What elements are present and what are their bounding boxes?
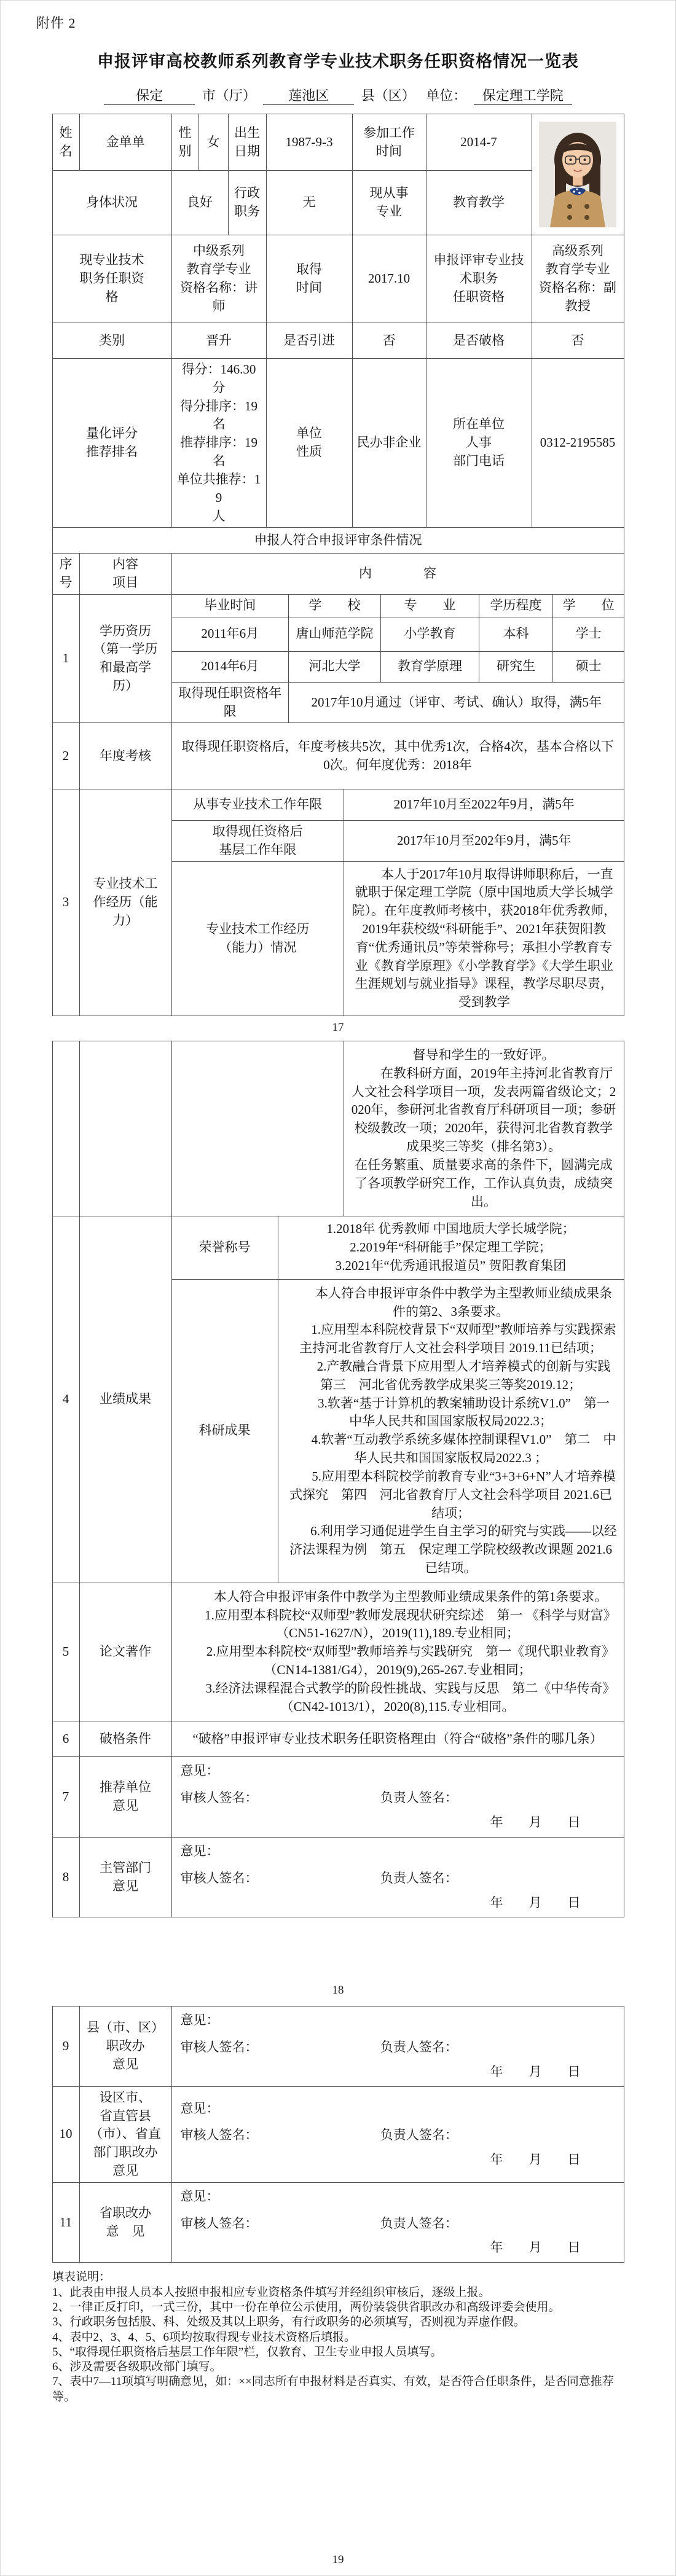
applicant-photo [539,122,616,227]
location-line: 保定 市（厅） 莲池区 县（区） 单位： 保定理工学院 [1,85,675,105]
education-years-row: 取得现任职资格年限 2017年10月通过（评审、考试、确认）取得，满5年 [172,682,624,722]
edu-header-grad-time: 毕业时间 [172,595,289,617]
exception-no: 6 [52,1721,79,1757]
edu-header-degree: 学 位 [553,595,624,617]
row-education: 1 学历资历 （第一学历 和最高学 历） 毕业时间 学 校 专 业 学历程度 学… [52,594,624,722]
col-header-item: 内容 项目 [79,554,171,595]
opinion-7-no: 7 [52,1757,79,1837]
col-header-no: 序 号 [52,554,79,595]
qualification-years-label: 取得现任职资格年限 [172,682,289,722]
experience-table: 从事专业技术工作年限 2017年10月至2022年9月，满5年 取得现任资格后 … [172,789,624,1016]
health-value: 良好 [171,171,228,235]
document-page: 附件 2 申报评审高校教师系列教育学专业技术职务任职资格情况一览表 保定 市（厅… [0,0,676,2576]
main-table-page2: 督导和学生的一致好评。 在教科研方面，2019年主持河北省教育厅人文社会科学项目… [52,1041,624,1917]
opinion-10-leader-label: 负责人签名： [380,2126,458,2145]
education-content: 毕业时间 学 校 专 业 学历程度 学 位 2011年6月 唐山师范学院 小学教… [171,594,624,722]
achievements-no: 4 [52,1216,79,1583]
opinion-11-date-label: 年 月 日 [181,2239,615,2257]
row-annual-review: 2 年度考核 取得现任职资格后，年度考核共5次，其中优秀1次，合格4次，基本合格… [52,723,624,789]
opinion-8-leader-label: 负责人签名： [380,1869,458,1888]
opinion-11-no: 11 [52,2182,79,2262]
opinion-7-label: 推荐单位 意见 [79,1757,171,1837]
papers-no: 5 [52,1583,79,1721]
row-experience-continued: 督导和学生的一致好评。 在教科研方面，2019年主持河北省教育厅人文社会科学项目… [52,1041,624,1216]
note-item-5: 5、“取得现任职资格后基层工作年限”栏，仅教育、卫生专业申报人员填写。 [52,2345,624,2360]
row-opinion-county: 9 县（市、区） 职改办 意见 意见： 审核人签名： 负责人签名： 年 月 日 [52,2006,624,2086]
hr-phone-value: 0312-2195585 [532,359,624,528]
education-row-1: 2011年6月 唐山师范学院 小学教育 本科 学士 [172,617,624,651]
work-years-value: 2017年10月至2022年9月，满5年 [344,789,624,820]
opinion-10-content: 意见： 审核人签名： 负责人签名： 年 月 日 [171,2086,624,2182]
fill-notes: 填表说明： 1、此表由申报人员本人按照申报相应专业资格条件填写并经组织审核后，逐… [52,2270,624,2405]
birth-label: 出生 日期 [228,114,266,171]
obtain-time-label: 取得 时间 [266,235,352,323]
base-years-label: 取得现任资格后 基层工作年限 [172,820,344,861]
opinion-10-no: 10 [52,2086,79,2182]
opinion-8-content: 意见： 审核人签名： 负责人签名： 年 月 日 [171,1837,624,1917]
experience-label: 专业技术工 作经历（能 力） [79,789,171,1016]
edu-2-school: 河北大学 [289,651,381,682]
main-table-page1: 姓 名 金单单 性 别 女 出生 日期 1987-9-3 参加工作 时间 201… [52,114,624,1016]
join-value: 2014-7 [426,114,532,171]
opinion-7-opinion-label: 意见： [181,1762,615,1780]
papers-label: 论文著作 [79,1583,171,1721]
unit-type-label: 单位 性质 [266,359,352,528]
row-current-title: 现专业技术 职务任职资 格 中级系列 教育学专业 资格名称：讲师 取得 时间 2… [52,235,624,323]
opinion-8-label: 主管部门 意见 [79,1837,171,1917]
opinion-7-content: 意见： 审核人签名： 负责人签名： 年 月 日 [171,1757,624,1837]
name-value: 金单单 [79,114,171,171]
city-underlined: 保定 [104,85,195,105]
annual-label: 年度考核 [79,723,171,789]
cont-label-empty [171,1041,344,1216]
opinion-8-opinion-label: 意见： [181,1842,615,1861]
current-title-label: 现专业技术 职务任职资 格 [52,235,171,323]
achievements-label: 业绩成果 [79,1216,171,1583]
research-label: 科研成果 [171,1279,278,1583]
row-opinion-recommend-unit: 7 推荐单位 意见 意见： 审核人签名： 负责人签名： 年 月 日 [52,1757,624,1837]
category-value: 晋升 [171,323,266,359]
import-value: 否 [352,323,426,359]
unit-label: 单位： [422,85,470,104]
row-experience: 3 专业技术工 作经历（能 力） 从事专业技术工作年限 2017年10月至202… [52,789,624,1016]
education-no: 1 [52,594,79,722]
birth-value: 1987-9-3 [266,114,352,171]
edu-1-grad-time: 2011年6月 [172,617,289,651]
row-score: 量化评分 推荐排名 得分：146.30分 得分排序：19名 推荐排序：19名 单… [52,359,624,528]
opinion-9-reviewer-label: 审核人签名： [181,2038,380,2057]
import-label: 是否引进 [266,323,352,359]
row-category: 类别 晋升 是否引进 否 是否破格 否 [52,323,624,359]
cont-item-empty [79,1041,171,1216]
opinion-10-date-label: 年 月 日 [181,2151,615,2169]
current-profession-value: 教育教学 [426,171,532,235]
edu-2-major: 教育学原理 [381,651,479,682]
document-title: 申报评审高校教师系列教育学专业技术职务任职资格情况一览表 [1,48,675,72]
experience-no: 3 [52,789,79,1016]
row-opinion-province: 11 省职改办 意 见 意见： 审核人签名： 负责人签名： 年 月 日 [52,2182,624,2262]
opinion-9-label: 县（市、区） 职改办 意见 [79,2006,171,2086]
annual-no: 2 [52,723,79,789]
experience-base-years-row: 取得现任资格后 基层工作年限 2017年10月至202年9月，满5年 [172,820,624,861]
photo-cell [532,114,624,235]
row-exception-condition: 6 破格条件 “破格”申报评审专业技术职务任职资格理由（符合“破格”条件的哪几条… [52,1721,624,1757]
edu-2-degree-level: 研究生 [479,651,553,682]
note-item-1: 1、此表由申报人员本人按照申报相应专业资格条件填写并经组织审核后，逐级上报。 [52,2285,624,2300]
experience-detail-part1: 本人于2017年10月取得讲师职称后，一直就职于保定理工学院（原中国地质大学长城… [344,861,624,1016]
row-section-title: 申报人符合申报评审条件情况 [52,528,624,554]
opinion-10-label: 设区市、 省直管县 （市）、省直 部门职改办 意见 [79,2086,171,2182]
notes-title: 填表说明： [52,2270,624,2285]
honor-content: 1.2018年 优秀教师 中国地质大学长城学院； 2.2019年“科研能手”保定… [278,1216,624,1279]
opinion-11-label: 省职改办 意 见 [79,2182,171,2262]
county-underlined: 莲池区 [263,85,354,105]
opinion-9-leader-label: 负责人签名： [380,2038,458,2057]
qualification-years-value: 2017年10月通过（评审、考试、确认）取得，满5年 [289,682,624,722]
opinion-10-opinion-label: 意见： [181,2100,615,2118]
experience-detail-label: 专业技术工作经历 （能力）情况 [172,861,344,1016]
attachment-label: 附件 2 [1,1,675,32]
page-number-17: 17 [1,1021,675,1035]
col-header-content: 内 容 [171,554,624,595]
honor-label: 荣誉称号 [171,1216,278,1279]
note-item-3: 3、行政职务包括股、科、处级及其以上职务，有行政职务的必须填写，否则视为弄虚作假… [52,2315,624,2330]
category-label: 类别 [52,323,171,359]
obtain-time-value: 2017.10 [352,235,426,323]
base-years-value: 2017年10月至202年9月，满5年 [344,820,624,861]
experience-work-years-row: 从事专业技术工作年限 2017年10月至2022年9月，满5年 [172,789,624,820]
note-item-7: 7、表中7—11项填写明确意见，如：××同志所有申报材料是否真实、有效，是否符合… [52,2374,624,2405]
row-opinion-authority: 8 主管部门 意见 意见： 审核人签名： 负责人签名： 年 月 日 [52,1837,624,1917]
exception-flag-label: 是否破格 [426,323,532,359]
opinion-11-leader-label: 负责人签名： [380,2215,458,2233]
opinion-11-reviewer-label: 审核人签名： [181,2215,380,2233]
cont-no-empty [52,1041,79,1216]
conditions-section-title: 申报人符合申报评审条件情况 [52,528,624,554]
county-suffix: 县（区） [358,85,419,104]
education-label: 学历资历 （第一学历 和最高学 历） [79,594,171,722]
opinion-11-content: 意见： 审核人签名： 负责人签名： 年 月 日 [171,2182,624,2262]
row-honors: 4 业绩成果 荣誉称号 1.2018年 优秀教师 中国地质大学长城学院； 2.2… [52,1216,624,1279]
note-item-6: 6、涉及需要各级职改部门填写。 [52,2360,624,2374]
edu-1-major: 小学教育 [381,617,479,651]
education-table: 毕业时间 学 校 专 业 学历程度 学 位 2011年6月 唐山师范学院 小学教… [172,595,624,722]
opinion-7-leader-label: 负责人签名： [380,1789,458,1807]
opinion-8-reviewer-label: 审核人签名： [181,1869,380,1888]
opinion-10-reviewer-label: 审核人签名： [181,2126,380,2145]
education-header-row: 毕业时间 学 校 专 业 学历程度 学 位 [172,595,624,617]
apply-title-value: 高级系列 教育学专业 资格名称：副教授 [532,235,624,323]
score-rank-label: 量化评分 推荐排名 [52,359,171,528]
gender-label: 性 别 [171,114,198,171]
note-item-4: 4、表中2、3、4、5、6项均按取得现专业技术资格后填报。 [52,2330,624,2345]
health-label: 身体状况 [52,171,171,235]
edu-2-grad-time: 2014年6月 [172,651,289,682]
row-name: 姓 名 金单单 性 别 女 出生 日期 1987-9-3 参加工作 时间 201… [52,114,624,171]
current-title-value: 中级系列 教育学专业 资格名称：讲师 [171,235,266,323]
work-years-label: 从事专业技术工作年限 [172,789,344,820]
note-item-2: 2、一律正反打印，一式三份，其中一份在单位公示使用，两份装袋供省职改办和高级评委… [52,2300,624,2315]
page-number-18: 18 [1,1984,675,1997]
admin-duty-label: 行政 职务 [228,171,266,235]
join-label: 参加工作 时间 [352,114,426,171]
row-opinion-city: 10 设区市、 省直管县 （市）、省直 部门职改办 意见 意见： 审核人签名： … [52,2086,624,2182]
unit-type-value: 民办非企业 [352,359,426,528]
opinion-8-no: 8 [52,1837,79,1917]
edu-1-degree: 学士 [553,617,624,651]
opinion-9-opinion-label: 意见： [181,2011,615,2030]
exception-flag-value: 否 [532,323,624,359]
edu-2-degree: 硕士 [553,651,624,682]
edu-1-school: 唐山师范学院 [289,617,381,651]
gender-value: 女 [198,114,228,171]
exception-label: 破格条件 [79,1721,171,1757]
admin-duty-value: 无 [266,171,352,235]
edu-header-major: 专 业 [381,595,479,617]
edu-header-school: 学 校 [289,595,381,617]
current-profession-label: 现从事 专业 [352,171,426,235]
apply-title-label: 申报评审专业技术职务 任职资格 [426,235,532,323]
edu-header-degree-level: 学历程度 [479,595,553,617]
opinion-9-date-label: 年 月 日 [181,2063,615,2081]
name-label: 姓 名 [52,114,79,171]
hr-phone-label: 所在单位 人事 部门电话 [426,359,532,528]
score-rank-detail: 得分：146.30分 得分排序：19名 推荐排序：19名 单位共推荐：19 人 [171,359,266,528]
experience-detail-row: 专业技术工作经历 （能力）情况 本人于2017年10月取得讲师职称后，一直就职于… [172,861,624,1016]
opinion-7-reviewer-label: 审核人签名： [181,1789,380,1807]
opinion-9-no: 9 [52,2006,79,2086]
main-table-page3: 9 县（市、区） 职改办 意见 意见： 审核人签名： 负责人签名： 年 月 日 … [52,2006,624,2263]
edu-1-degree-level: 本科 [479,617,553,651]
experience-detail-part2: 督导和学生的一致好评。 在教科研方面，2019年主持河北省教育厅人文社会科学项目… [344,1041,624,1216]
page-number-19: 19 [1,2553,675,2567]
city-suffix: 市（厅） [198,85,260,104]
annual-content: 取得现任职资格后，年度考核共5次，其中优秀1次，合格4次，基本合格以下0次。何年… [171,723,624,789]
opinion-7-date-label: 年 月 日 [181,1814,615,1832]
exception-content: “破格”申报评审专业技术职务任职资格理由（符合“破格”条件的哪几条） [171,1721,624,1757]
unit-underlined: 保定理工学院 [474,85,572,105]
opinion-11-opinion-label: 意见： [181,2188,615,2206]
papers-content: 本人符合申报评审条件中教学为主型教师业绩成果条件的第1条要求。 1.应用型本科院… [171,1583,624,1721]
research-content: 本人符合申报评审条件中教学为主型教师业绩成果条件的第2、3条要求。 1.应用型本… [278,1279,624,1583]
education-row-2: 2014年6月 河北大学 教育学原理 研究生 硕士 [172,651,624,682]
row-column-headers: 序 号 内容 项目 内 容 [52,554,624,595]
row-papers: 5 论文著作 本人符合申报评审条件中教学为主型教师业绩成果条件的第1条要求。 1… [52,1583,624,1721]
opinion-9-content: 意见： 审核人签名： 负责人签名： 年 月 日 [171,2006,624,2086]
experience-content: 从事专业技术工作年限 2017年10月至2022年9月，满5年 取得现任资格后 … [171,789,624,1016]
opinion-8-date-label: 年 月 日 [181,1894,615,1912]
